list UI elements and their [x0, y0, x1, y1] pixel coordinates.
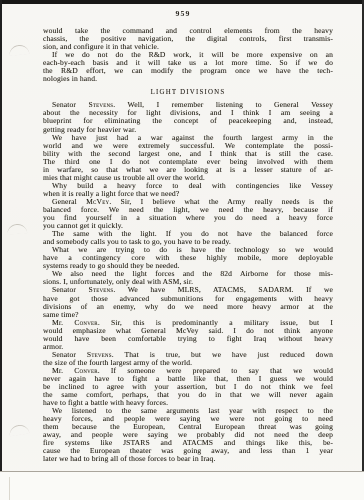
text-column: would take the command and control eleme…: [43, 27, 333, 469]
next-page-strip: [0, 472, 364, 500]
text-line: nologies in hand.: [43, 75, 333, 83]
next-page-inner-edge: [9, 477, 10, 500]
section-heading: LIGHT DIVISIONS: [43, 89, 333, 97]
page-number: 959: [38, 9, 328, 18]
text-line: would have been comfortable trying to fi…: [43, 335, 333, 343]
binder-ring-mark: [7, 223, 28, 234]
binder-ring-mark: [9, 44, 30, 56]
text-line: later we had to bring all of those force…: [43, 455, 333, 463]
scanned-document-page: 959 would take the command and control e…: [0, 0, 364, 500]
text-line: divisions of an enemy, why do we need mo…: [43, 303, 333, 311]
binder-ring-mark: [8, 424, 29, 437]
scan-edge-left: [0, 0, 2, 500]
scan-edge-top: [0, 0, 364, 4]
